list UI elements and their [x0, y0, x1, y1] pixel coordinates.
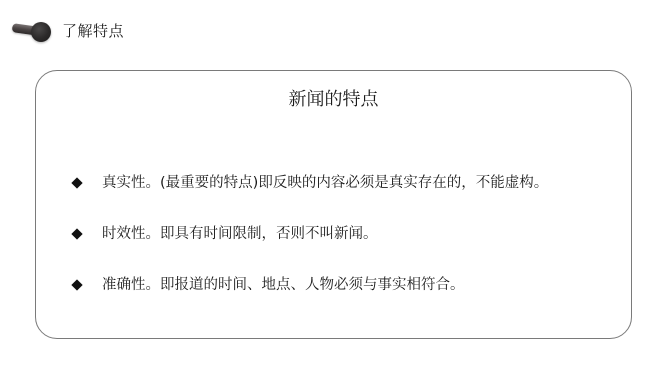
diamond-bullet-icon — [72, 178, 82, 188]
list-item-text: 真实性。(最重要的特点)即反映的内容必须是真实存在的，不能虚构。 — [102, 171, 548, 195]
list-item-timeliness: 时效性。即具有时间限制，否则不叫新闻。 — [72, 222, 621, 246]
section-title: 了解特点 — [62, 21, 124, 41]
pushpin-head — [31, 22, 51, 42]
content-card: 新闻的特点 真实性。(最重要的特点)即反映的内容必须是真实存在的，不能虚构。 时… — [35, 70, 632, 339]
list-item-text: 准确性。即报道的时间、地点、人物必须与事实相符合。 — [102, 273, 465, 297]
diamond-bullet-icon — [72, 280, 82, 290]
pushpin-icon — [10, 22, 50, 42]
card-title: 新闻的特点 — [36, 88, 631, 112]
slide-header: 了解特点 — [0, 0, 668, 64]
slide: 了解特点 新闻的特点 真实性。(最重要的特点)即反映的内容必须是真实存在的，不能… — [0, 0, 668, 376]
diamond-bullet-icon — [72, 229, 82, 239]
feature-list: 真实性。(最重要的特点)即反映的内容必须是真实存在的，不能虚构。 时效性。即具有… — [72, 171, 621, 297]
list-item-authenticity: 真实性。(最重要的特点)即反映的内容必须是真实存在的，不能虚构。 — [72, 171, 621, 195]
card-title-text: 新闻的特点 — [289, 89, 379, 110]
list-item-accuracy: 准确性。即报道的时间、地点、人物必须与事实相符合。 — [72, 273, 621, 297]
list-item-text: 时效性。即具有时间限制，否则不叫新闻。 — [102, 222, 378, 246]
